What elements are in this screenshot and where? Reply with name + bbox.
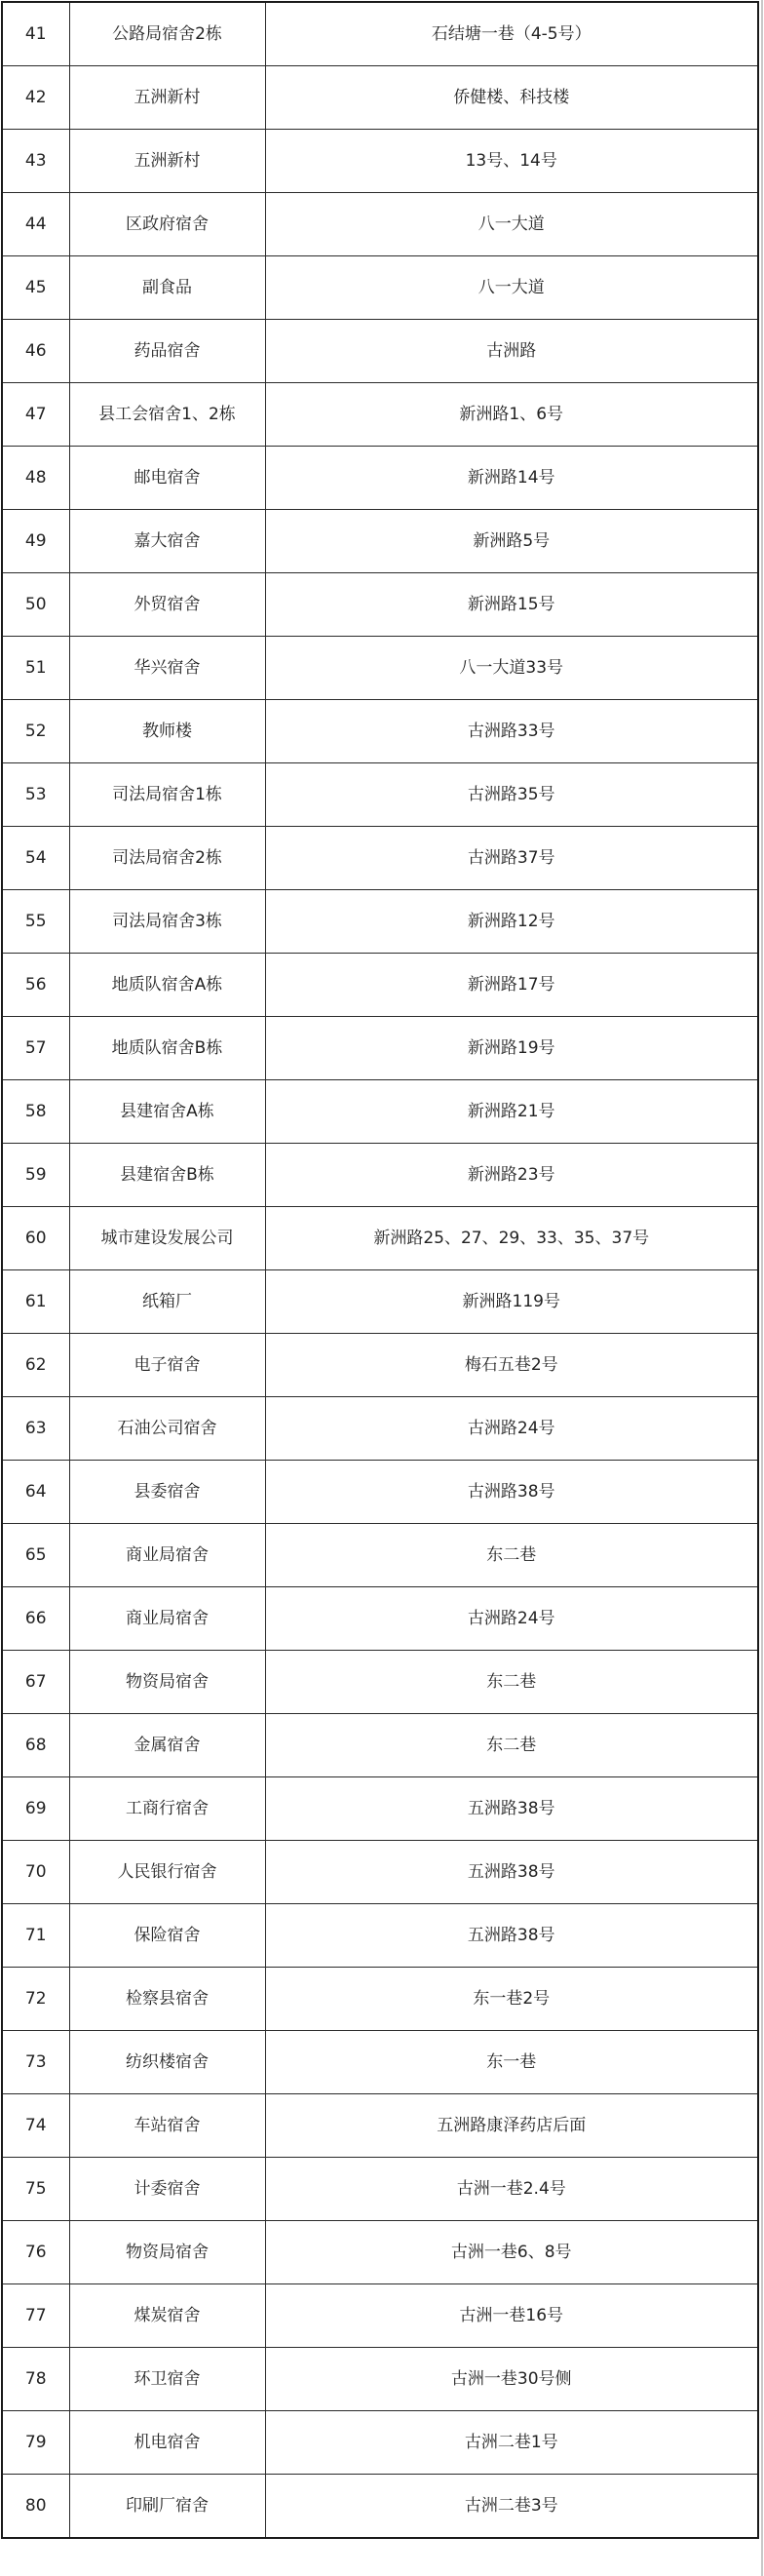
- residence-name-cell: 车站宿舍: [69, 2094, 265, 2158]
- residence-name-cell: 商业局宿舍: [69, 1524, 265, 1587]
- row-number-cell: 65: [2, 1524, 69, 1587]
- address-cell: 八一大道: [265, 256, 758, 320]
- row-number-cell: 42: [2, 66, 69, 130]
- address-cell: 古洲二巷3号: [265, 2475, 758, 2539]
- residence-name-cell: 环卫宿舍: [69, 2348, 265, 2411]
- table-row: 44区政府宿舍八一大道: [2, 193, 758, 256]
- residence-name-cell: 药品宿舍: [69, 320, 265, 383]
- table-row: 77煤炭宿舍古洲一巷16号: [2, 2284, 758, 2348]
- table-row: 80印刷厂宿舍古洲二巷3号: [2, 2475, 758, 2539]
- address-cell: 新洲路5号: [265, 510, 758, 573]
- table-row: 57地质队宿舍B栋新洲路19号: [2, 1017, 758, 1080]
- table-row: 72检察县宿舍东一巷2号: [2, 1968, 758, 2031]
- row-number-cell: 56: [2, 954, 69, 1017]
- table-row: 69工商行宿舍五洲路38号: [2, 1777, 758, 1841]
- address-cell: 新洲路15号: [265, 573, 758, 637]
- table-row: 78环卫宿舍古洲一巷30号侧: [2, 2348, 758, 2411]
- document-sheet: 41公路局宿舍2栋石结塘一巷（4-5号）42五洲新村侨健楼、科技楼43五洲新村1…: [1, 1, 757, 2539]
- table-row: 50外贸宿舍新洲路15号: [2, 573, 758, 637]
- table-row: 71保险宿舍五洲路38号: [2, 1904, 758, 1968]
- address-cell: 新洲路25、27、29、33、35、37号: [265, 1207, 758, 1270]
- address-cell: 五洲路38号: [265, 1841, 758, 1904]
- address-cell: 八一大道33号: [265, 637, 758, 700]
- residence-name-cell: 司法局宿舍3栋: [69, 890, 265, 954]
- row-number-cell: 46: [2, 320, 69, 383]
- row-number-cell: 62: [2, 1334, 69, 1397]
- address-cell: 新洲路1、6号: [265, 383, 758, 447]
- row-number-cell: 75: [2, 2158, 69, 2221]
- row-number-cell: 80: [2, 2475, 69, 2539]
- table-row: 67物资局宿舍东二巷: [2, 1651, 758, 1714]
- residence-name-cell: 县委宿舍: [69, 1461, 265, 1524]
- row-number-cell: 78: [2, 2348, 69, 2411]
- table-row: 55司法局宿舍3栋新洲路12号: [2, 890, 758, 954]
- residence-name-cell: 商业局宿舍: [69, 1587, 265, 1651]
- table-row: 76物资局宿舍古洲一巷6、8号: [2, 2221, 758, 2284]
- residence-name-cell: 教师楼: [69, 700, 265, 763]
- table-row: 75计委宿舍古洲一巷2.4号: [2, 2158, 758, 2221]
- row-number-cell: 51: [2, 637, 69, 700]
- row-number-cell: 57: [2, 1017, 69, 1080]
- address-cell: 古洲路24号: [265, 1397, 758, 1461]
- residence-name-cell: 电子宿舍: [69, 1334, 265, 1397]
- row-number-cell: 72: [2, 1968, 69, 2031]
- table-row: 42五洲新村侨健楼、科技楼: [2, 66, 758, 130]
- table-row: 45副食品八一大道: [2, 256, 758, 320]
- row-number-cell: 52: [2, 700, 69, 763]
- table-row: 60城市建设发展公司新洲路25、27、29、33、35、37号: [2, 1207, 758, 1270]
- residence-name-cell: 五洲新村: [69, 66, 265, 130]
- row-number-cell: 63: [2, 1397, 69, 1461]
- residence-name-cell: 纸箱厂: [69, 1270, 265, 1334]
- address-cell: 五洲路38号: [265, 1777, 758, 1841]
- address-cell: 古洲路24号: [265, 1587, 758, 1651]
- row-number-cell: 59: [2, 1144, 69, 1207]
- table-row: 74车站宿舍五洲路康泽药店后面: [2, 2094, 758, 2158]
- table-row: 73纺织楼宿舍东一巷: [2, 2031, 758, 2094]
- row-number-cell: 58: [2, 1080, 69, 1144]
- residence-name-cell: 县建宿舍A栋: [69, 1080, 265, 1144]
- table-row: 52教师楼古洲路33号: [2, 700, 758, 763]
- row-number-cell: 76: [2, 2221, 69, 2284]
- row-number-cell: 64: [2, 1461, 69, 1524]
- row-number-cell: 45: [2, 256, 69, 320]
- address-cell: 侨健楼、科技楼: [265, 66, 758, 130]
- table-row: 41公路局宿舍2栋石结塘一巷（4-5号）: [2, 2, 758, 66]
- address-cell: 东二巷: [265, 1714, 758, 1777]
- row-number-cell: 74: [2, 2094, 69, 2158]
- residence-name-cell: 物资局宿舍: [69, 1651, 265, 1714]
- residence-name-cell: 金属宿舍: [69, 1714, 265, 1777]
- row-number-cell: 70: [2, 1841, 69, 1904]
- row-number-cell: 50: [2, 573, 69, 637]
- table-body: 41公路局宿舍2栋石结塘一巷（4-5号）42五洲新村侨健楼、科技楼43五洲新村1…: [2, 2, 758, 2538]
- address-cell: 新洲路23号: [265, 1144, 758, 1207]
- page-edge-divider: [761, 0, 763, 2576]
- address-cell: 古洲路38号: [265, 1461, 758, 1524]
- address-cell: 古洲路37号: [265, 827, 758, 890]
- address-cell: 五洲路38号: [265, 1904, 758, 1968]
- address-cell: 古洲路33号: [265, 700, 758, 763]
- residence-name-cell: 工商行宿舍: [69, 1777, 265, 1841]
- address-cell: 五洲路康泽药店后面: [265, 2094, 758, 2158]
- row-number-cell: 47: [2, 383, 69, 447]
- residence-name-cell: 公路局宿舍2栋: [69, 2, 265, 66]
- table-row: 43五洲新村13号、14号: [2, 130, 758, 193]
- table-row: 63石油公司宿舍古洲路24号: [2, 1397, 758, 1461]
- table-row: 49嘉大宿舍新洲路5号: [2, 510, 758, 573]
- residence-name-cell: 物资局宿舍: [69, 2221, 265, 2284]
- row-number-cell: 53: [2, 763, 69, 827]
- address-cell: 13号、14号: [265, 130, 758, 193]
- table-row: 79机电宿舍古洲二巷1号: [2, 2411, 758, 2475]
- address-cell: 古洲一巷16号: [265, 2284, 758, 2348]
- address-cell: 新洲路19号: [265, 1017, 758, 1080]
- row-number-cell: 44: [2, 193, 69, 256]
- table-row: 58县建宿舍A栋新洲路21号: [2, 1080, 758, 1144]
- address-cell: 新洲路14号: [265, 447, 758, 510]
- table-row: 65商业局宿舍东二巷: [2, 1524, 758, 1587]
- residence-name-cell: 司法局宿舍2栋: [69, 827, 265, 890]
- table-row: 68金属宿舍东二巷: [2, 1714, 758, 1777]
- residence-name-cell: 计委宿舍: [69, 2158, 265, 2221]
- address-cell: 东二巷: [265, 1524, 758, 1587]
- table-row: 70人民银行宿舍五洲路38号: [2, 1841, 758, 1904]
- residence-name-cell: 机电宿舍: [69, 2411, 265, 2475]
- residence-name-cell: 嘉大宿舍: [69, 510, 265, 573]
- row-number-cell: 79: [2, 2411, 69, 2475]
- table-row: 56地质队宿舍A栋新洲路17号: [2, 954, 758, 1017]
- address-cell: 古洲一巷30号侧: [265, 2348, 758, 2411]
- table-row: 64县委宿舍古洲路38号: [2, 1461, 758, 1524]
- residence-name-cell: 县建宿舍B栋: [69, 1144, 265, 1207]
- address-cell: 新洲路12号: [265, 890, 758, 954]
- address-cell: 八一大道: [265, 193, 758, 256]
- row-number-cell: 68: [2, 1714, 69, 1777]
- table-row: 59县建宿舍B栋新洲路23号: [2, 1144, 758, 1207]
- residence-name-cell: 邮电宿舍: [69, 447, 265, 510]
- table-row: 46药品宿舍古洲路: [2, 320, 758, 383]
- residence-name-cell: 印刷厂宿舍: [69, 2475, 265, 2539]
- table-row: 54司法局宿舍2栋古洲路37号: [2, 827, 758, 890]
- address-cell: 梅石五巷2号: [265, 1334, 758, 1397]
- row-number-cell: 48: [2, 447, 69, 510]
- row-number-cell: 69: [2, 1777, 69, 1841]
- address-cell: 古洲一巷2.4号: [265, 2158, 758, 2221]
- row-number-cell: 43: [2, 130, 69, 193]
- row-number-cell: 73: [2, 2031, 69, 2094]
- address-cell: 新洲路119号: [265, 1270, 758, 1334]
- row-number-cell: 49: [2, 510, 69, 573]
- address-cell: 古洲一巷6、8号: [265, 2221, 758, 2284]
- residence-name-cell: 石油公司宿舍: [69, 1397, 265, 1461]
- address-cell: 新洲路17号: [265, 954, 758, 1017]
- address-cell: 东二巷: [265, 1651, 758, 1714]
- residence-name-cell: 煤炭宿舍: [69, 2284, 265, 2348]
- table-row: 66商业局宿舍古洲路24号: [2, 1587, 758, 1651]
- table-row: 62电子宿舍梅石五巷2号: [2, 1334, 758, 1397]
- row-number-cell: 54: [2, 827, 69, 890]
- residence-name-cell: 地质队宿舍B栋: [69, 1017, 265, 1080]
- residence-name-cell: 人民银行宿舍: [69, 1841, 265, 1904]
- row-number-cell: 66: [2, 1587, 69, 1651]
- residence-table: 41公路局宿舍2栋石结塘一巷（4-5号）42五洲新村侨健楼、科技楼43五洲新村1…: [1, 1, 759, 2539]
- table-row: 53司法局宿舍1栋古洲路35号: [2, 763, 758, 827]
- residence-name-cell: 县工会宿舍1、2栋: [69, 383, 265, 447]
- residence-name-cell: 司法局宿舍1栋: [69, 763, 265, 827]
- row-number-cell: 77: [2, 2284, 69, 2348]
- row-number-cell: 55: [2, 890, 69, 954]
- row-number-cell: 71: [2, 1904, 69, 1968]
- address-cell: 石结塘一巷（4-5号）: [265, 2, 758, 66]
- residence-name-cell: 地质队宿舍A栋: [69, 954, 265, 1017]
- address-cell: 新洲路21号: [265, 1080, 758, 1144]
- residence-name-cell: 五洲新村: [69, 130, 265, 193]
- residence-name-cell: 副食品: [69, 256, 265, 320]
- address-cell: 古洲路: [265, 320, 758, 383]
- table-row: 61纸箱厂新洲路119号: [2, 1270, 758, 1334]
- residence-name-cell: 纺织楼宿舍: [69, 2031, 265, 2094]
- address-cell: 东一巷: [265, 2031, 758, 2094]
- residence-name-cell: 城市建设发展公司: [69, 1207, 265, 1270]
- residence-name-cell: 区政府宿舍: [69, 193, 265, 256]
- residence-name-cell: 外贸宿舍: [69, 573, 265, 637]
- residence-name-cell: 华兴宿舍: [69, 637, 265, 700]
- address-cell: 古洲路35号: [265, 763, 758, 827]
- address-cell: 古洲二巷1号: [265, 2411, 758, 2475]
- address-cell: 东一巷2号: [265, 1968, 758, 2031]
- row-number-cell: 61: [2, 1270, 69, 1334]
- row-number-cell: 41: [2, 2, 69, 66]
- residence-name-cell: 保险宿舍: [69, 1904, 265, 1968]
- table-row: 51华兴宿舍八一大道33号: [2, 637, 758, 700]
- row-number-cell: 60: [2, 1207, 69, 1270]
- row-number-cell: 67: [2, 1651, 69, 1714]
- table-row: 47县工会宿舍1、2栋新洲路1、6号: [2, 383, 758, 447]
- residence-name-cell: 检察县宿舍: [69, 1968, 265, 2031]
- table-row: 48邮电宿舍新洲路14号: [2, 447, 758, 510]
